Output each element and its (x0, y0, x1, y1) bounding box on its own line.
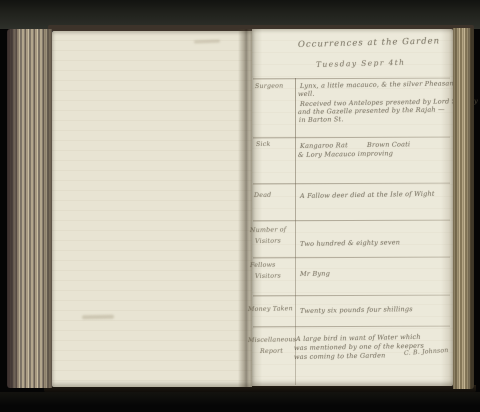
row-label-miscellaneous-report: Miscellaneous (248, 336, 296, 344)
entry-line: in Barton St. (299, 115, 344, 124)
right-fore-edge-pages (453, 28, 474, 389)
row-label-miscellaneous-report-2: Report (260, 348, 283, 355)
entry-line: Brown Coati (367, 140, 410, 149)
entry-line: and the Gazelle presented by the Rajah — (298, 105, 445, 116)
row-label-surgeon: Surgeon (255, 83, 284, 90)
right-manuscript-page: Occurrences at the Garden Tuesday Sepr 4… (252, 29, 453, 386)
entry-line: Two hundred & eighty seven (300, 238, 400, 248)
book-gutter (238, 29, 253, 387)
backdrop-lower (0, 392, 480, 412)
page-smudge (194, 40, 220, 44)
left-blank-page (52, 31, 252, 387)
entry-line: was coming to the Garden (294, 351, 386, 361)
page-smudge (82, 315, 114, 320)
entry-line: Lynx, a little macauco, & the silver Phe… (300, 79, 460, 90)
row-label-number-of-visitors: Number of (250, 226, 286, 234)
entry-line: Kangaroo Rat (300, 141, 348, 150)
page-heading: Occurrences at the Garden (298, 36, 440, 50)
row-label-dead: Dead (254, 192, 271, 199)
entry-line: Mr Byng (300, 269, 330, 278)
entry-line: A Fallow deer died at the Isle of Wight (300, 190, 435, 200)
row-label-sick: Sick (256, 141, 271, 148)
left-fore-edge-pages (7, 29, 52, 388)
row-label-fellows-visitors-2: Visitors (255, 273, 281, 280)
table-rule (253, 137, 450, 139)
table-rule (253, 220, 450, 222)
entry-line: Twenty six pounds four shillings (300, 305, 413, 315)
table-rule (253, 257, 450, 259)
row-label-number-of-visitors-2: Visitors (255, 238, 281, 245)
table-rule (253, 295, 450, 297)
entry-line: & Lory Macauco improving (298, 149, 393, 159)
row-label-money-taken: Money Taken (248, 305, 293, 313)
table-rule (253, 326, 450, 328)
page-date: Tuesday Sepr 4th (316, 58, 406, 69)
row-label-fellows-visitors: Fellows (250, 262, 276, 269)
archival-photo: Occurrences at the Garden Tuesday Sepr 4… (0, 0, 480, 412)
entry-line: well. (298, 90, 315, 98)
table-rule (253, 183, 450, 185)
